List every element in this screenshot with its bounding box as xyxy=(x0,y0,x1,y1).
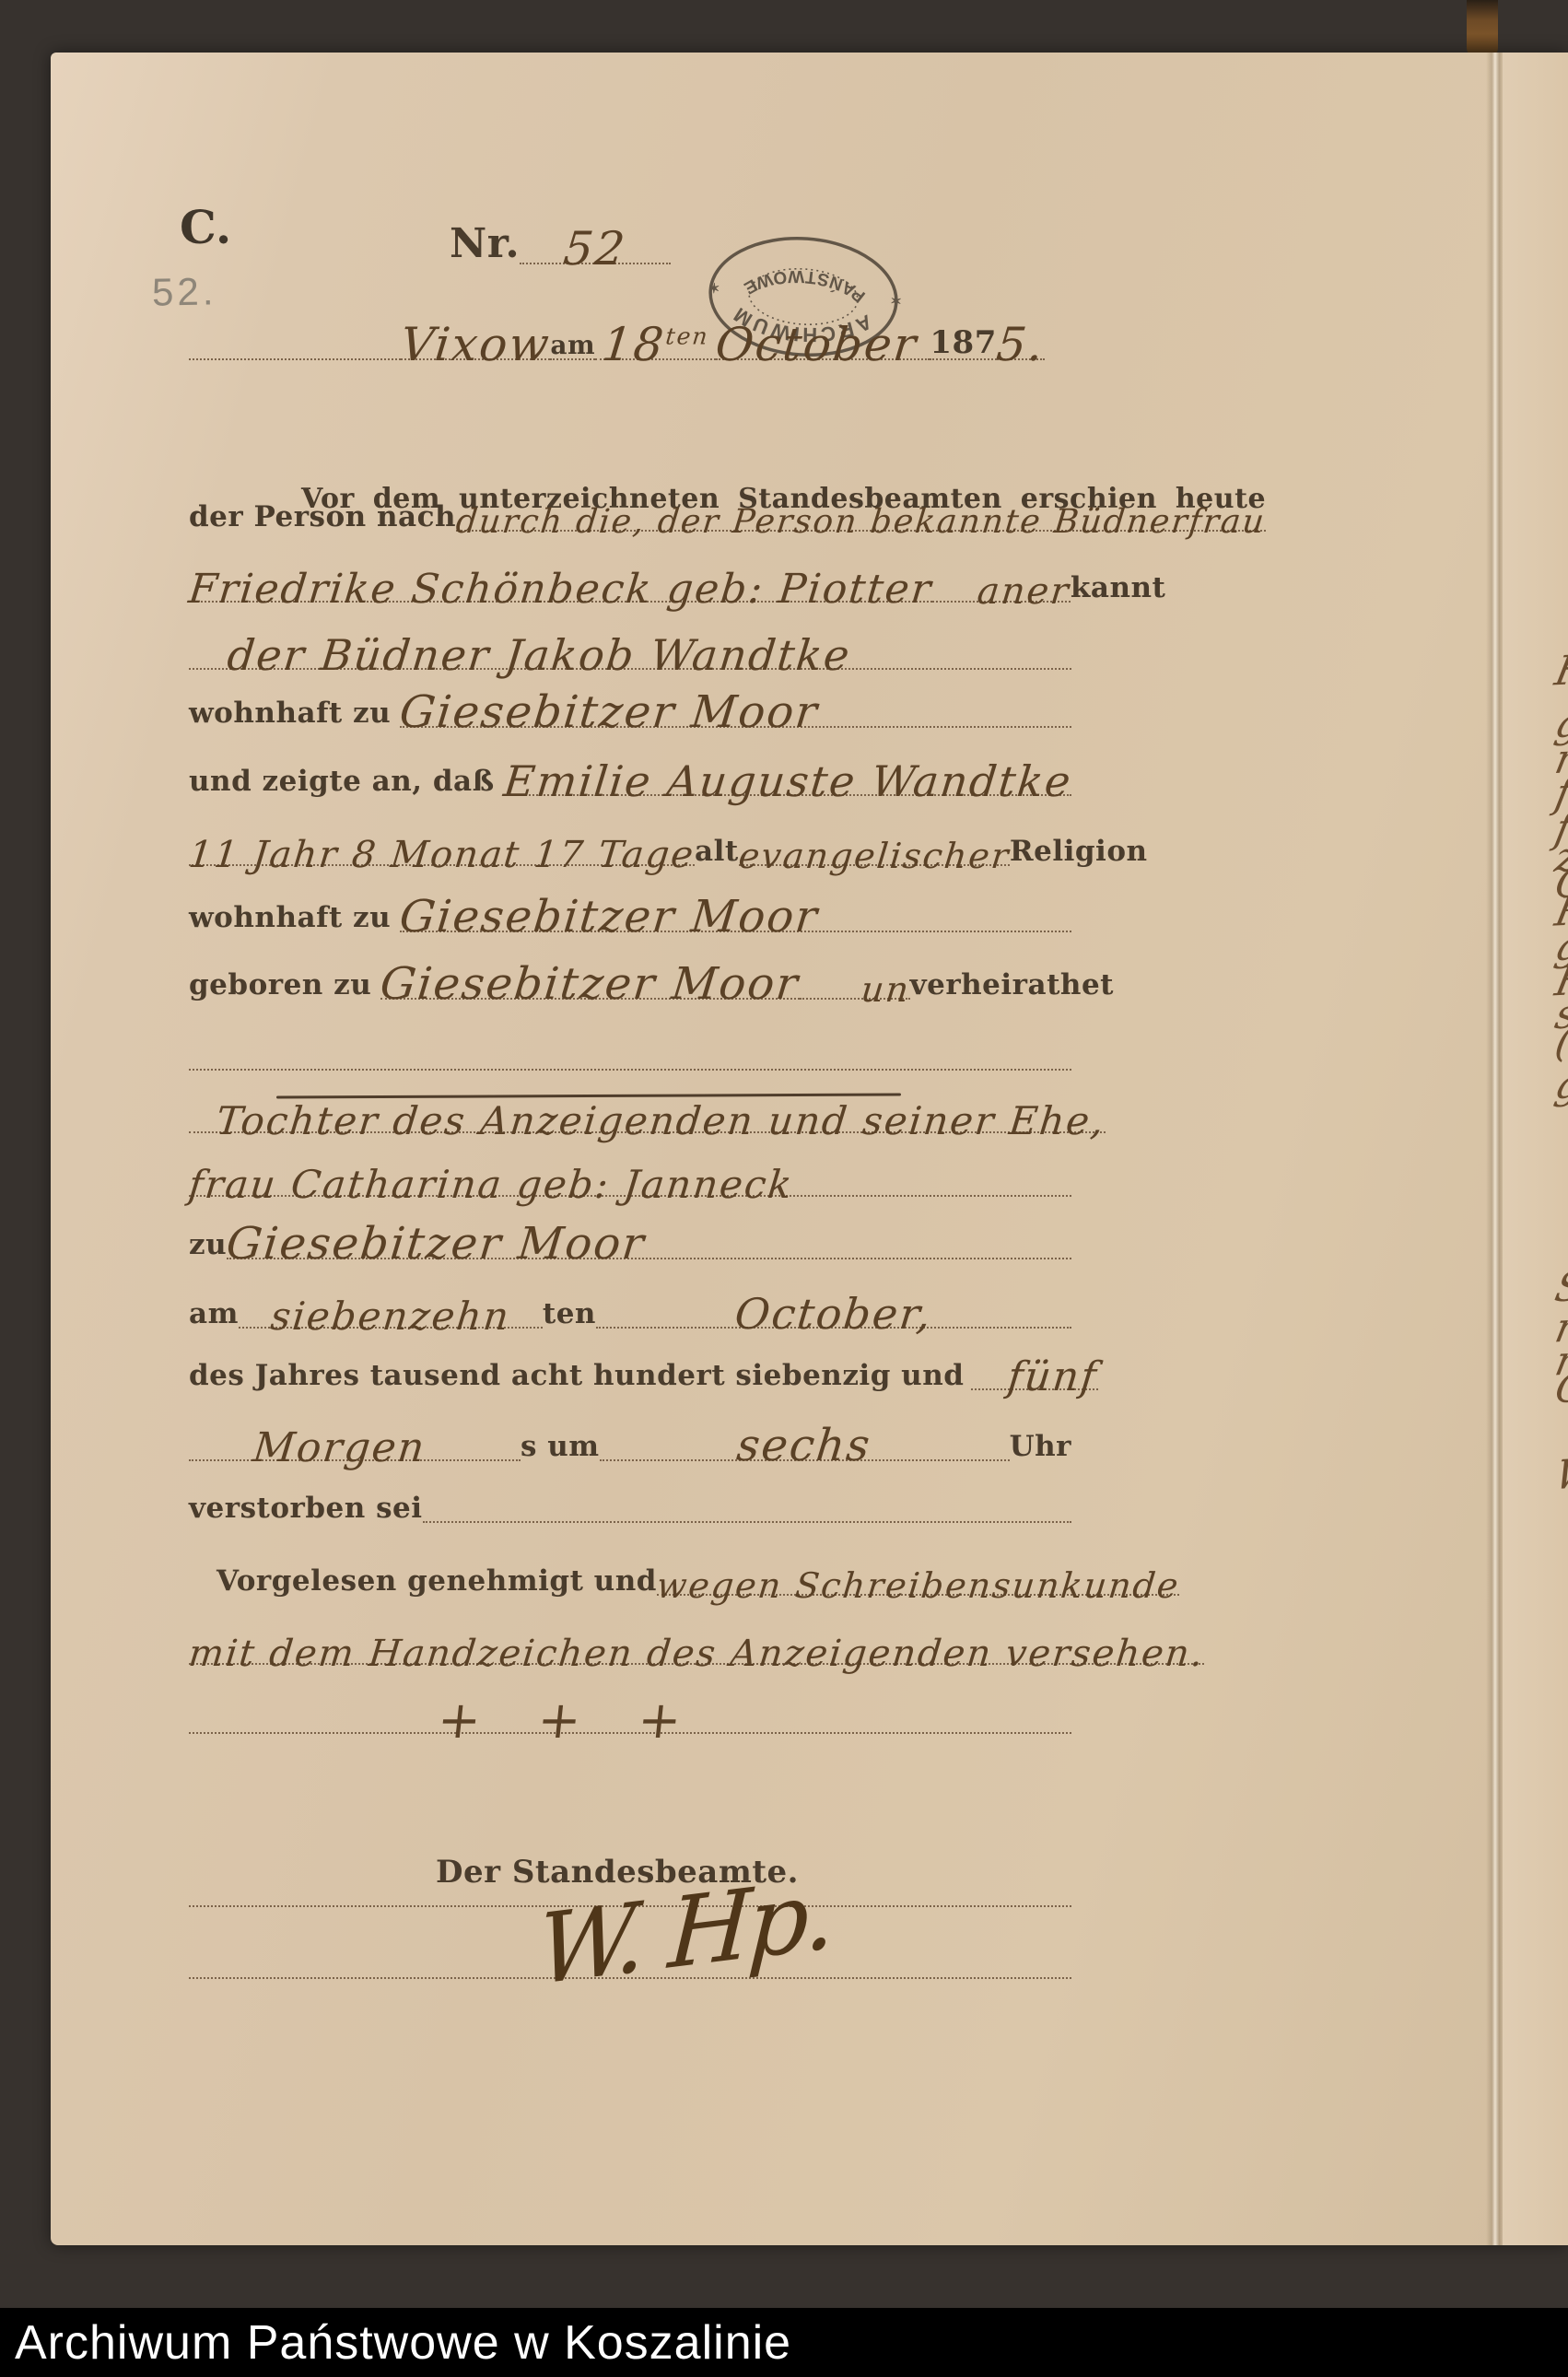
printed-geboren-zu: geboren zu xyxy=(189,971,371,1000)
facing-page-sliver: F. mgrn mfofwziOtRngrHish(. IgrSpnnnnOtW xyxy=(1503,53,1568,2245)
hw-crosses: + + + xyxy=(435,1696,704,1745)
document-page: C. 52. Nr. 52 ARCHIWUM PAŃSTWOWE ✶ ✶ xyxy=(51,53,1568,2245)
mother-name-line: frau Catharina geb: Janneck xyxy=(189,1136,1071,1197)
facing-page-text-fragment: W xyxy=(1551,1454,1568,1496)
archive-name: Archiwum Państwowe w Koszalinie xyxy=(0,2315,791,2371)
residence-line-2: wohnhaft zu Giesebitzer Moor xyxy=(189,872,1071,932)
death-year-line: des Jahres tausend acht hundert siebenzi… xyxy=(189,1329,1071,1390)
printed-verstorben-sei: verstorben sei xyxy=(189,1494,423,1523)
deceased-name-line: und zeigte an, daß Emilie Auguste Wandtk… xyxy=(189,735,1071,796)
hw-residence-1: Giesebitzer Moor xyxy=(398,692,821,734)
birthplace-line: geboren zu Giesebitzer Moor un verheirat… xyxy=(189,939,1071,1000)
hw-handzeichen: mit dem Handzeichen des Anzeigenden vers… xyxy=(187,1636,1206,1671)
hw-aner: aner xyxy=(976,574,1071,609)
year-written: 5. xyxy=(994,323,1047,368)
hw-residence-2: Giesebitzer Moor xyxy=(398,896,821,939)
printed-am: am xyxy=(189,1300,239,1329)
page-fold-crease xyxy=(1486,53,1503,2245)
residence-line-1: wohnhaft zu Giesebitzer Moor xyxy=(189,667,1071,728)
facing-page-text-fragment: gr xyxy=(1551,1063,1568,1107)
month-value: October xyxy=(713,323,919,368)
identification-line: der Person nach durch die, der Person be… xyxy=(189,471,1071,532)
binder-tab xyxy=(1467,0,1498,57)
archive-caption-bar: Archiwum Państwowe w Koszalinie xyxy=(0,2308,1568,2377)
hw-daughter-of: Tochter des Anzeigenden und seiner Ehe, xyxy=(215,1103,1107,1140)
printed-uhr: Uhr xyxy=(1010,1433,1071,1461)
printed-der-person-nach: der Person nach xyxy=(189,503,456,532)
family-residence-line: zu Giesebitzer Moor xyxy=(189,1199,1071,1259)
printed-wohnhaft-zu-2: wohnhaft zu xyxy=(189,904,391,932)
printed-religion: Religion xyxy=(1010,837,1148,866)
scanned-photo: C. 52. Nr. 52 ARCHIWUM PAŃSTWOWE ✶ ✶ xyxy=(0,0,1568,2377)
am-label: am xyxy=(550,333,595,358)
form-letter-c: C. xyxy=(180,200,231,254)
death-day-line: am siebenzehn ten October, xyxy=(189,1268,1071,1329)
printed-verheirathet: verheirathet xyxy=(910,971,1114,1000)
hw-un-prefix: un xyxy=(860,973,912,1006)
place-value: Vixow xyxy=(399,323,553,368)
printed-und-zeigte: und zeigte an, daß xyxy=(189,767,495,796)
hw-age: 11 Jahr 8 Monat 17 Tage xyxy=(187,837,696,872)
printed-ten: ten xyxy=(543,1300,596,1329)
death-time-line: Morgen s um sechs Uhr xyxy=(189,1400,1071,1461)
blank-dotted-line-1 xyxy=(189,1067,1071,1071)
daughter-line: Tochter des Anzeigenden und seiner Ehe, xyxy=(189,1072,1071,1133)
day-value: 18ten xyxy=(601,323,711,368)
facing-page-text-fragment: Sp xyxy=(1551,1266,1568,1309)
hw-schreibensunkunde: wegen Schreibensunkunde xyxy=(655,1569,1181,1602)
hw-deceased-name: Emilie Auguste Wandtke xyxy=(501,762,1073,802)
nr-value: 52 xyxy=(562,228,629,272)
age-religion-line: 11 Jahr 8 Monat 17 Tage alt evangelische… xyxy=(189,805,1071,866)
hw-birthplace: Giesebitzer Moor xyxy=(379,964,802,1006)
year-printed: 187 xyxy=(930,327,996,358)
declarant-name-line: Friedrike Schönbeck geb: Piotter aner ka… xyxy=(189,542,1071,603)
hw-religion: evangelischer xyxy=(737,839,1012,872)
printed-alt: alt xyxy=(695,837,739,866)
printed-zu: zu xyxy=(189,1231,227,1259)
nr-label: Nr. xyxy=(450,224,520,264)
handmark-line: + + + xyxy=(189,1673,1071,1734)
printed-kannt: kannt xyxy=(1071,574,1165,603)
hw-identified-by: durch die, der Person bekannte Büdnerfra… xyxy=(454,507,1267,538)
father-name-line: der Büdner Jakob Wandtke xyxy=(189,609,1071,670)
stamp-star-right-icon: ✶ xyxy=(708,279,720,296)
hw-year-word: fünf xyxy=(1006,1358,1100,1397)
record-number-line: Nr. 52 xyxy=(450,205,671,264)
closing-line-2: mit dem Handzeichen des Anzeigenden vers… xyxy=(189,1604,1071,1665)
deceased-statement-line: verstorben sei xyxy=(189,1462,1071,1523)
hw-declarant-name: Friedrike Schönbeck geb: Piotter xyxy=(187,570,934,609)
printed-vorgelesen: Vorgelesen genehmigt und xyxy=(216,1567,657,1596)
closing-line-1: Vorgelesen genehmigt und wegen Schreiben… xyxy=(189,1535,1071,1596)
place-date-line: Vixow am 18ten October 187 5. xyxy=(189,299,1018,360)
printed-s-um: s um xyxy=(521,1433,600,1461)
printed-des-jahres: des Jahres tausend acht hundert siebenzi… xyxy=(189,1362,964,1390)
hw-family-residence: Giesebitzer Moor xyxy=(225,1224,648,1266)
printed-wohnhaft-zu-1: wohnhaft zu xyxy=(189,699,391,728)
facing-page-text-fragment: F. m xyxy=(1551,648,1568,693)
